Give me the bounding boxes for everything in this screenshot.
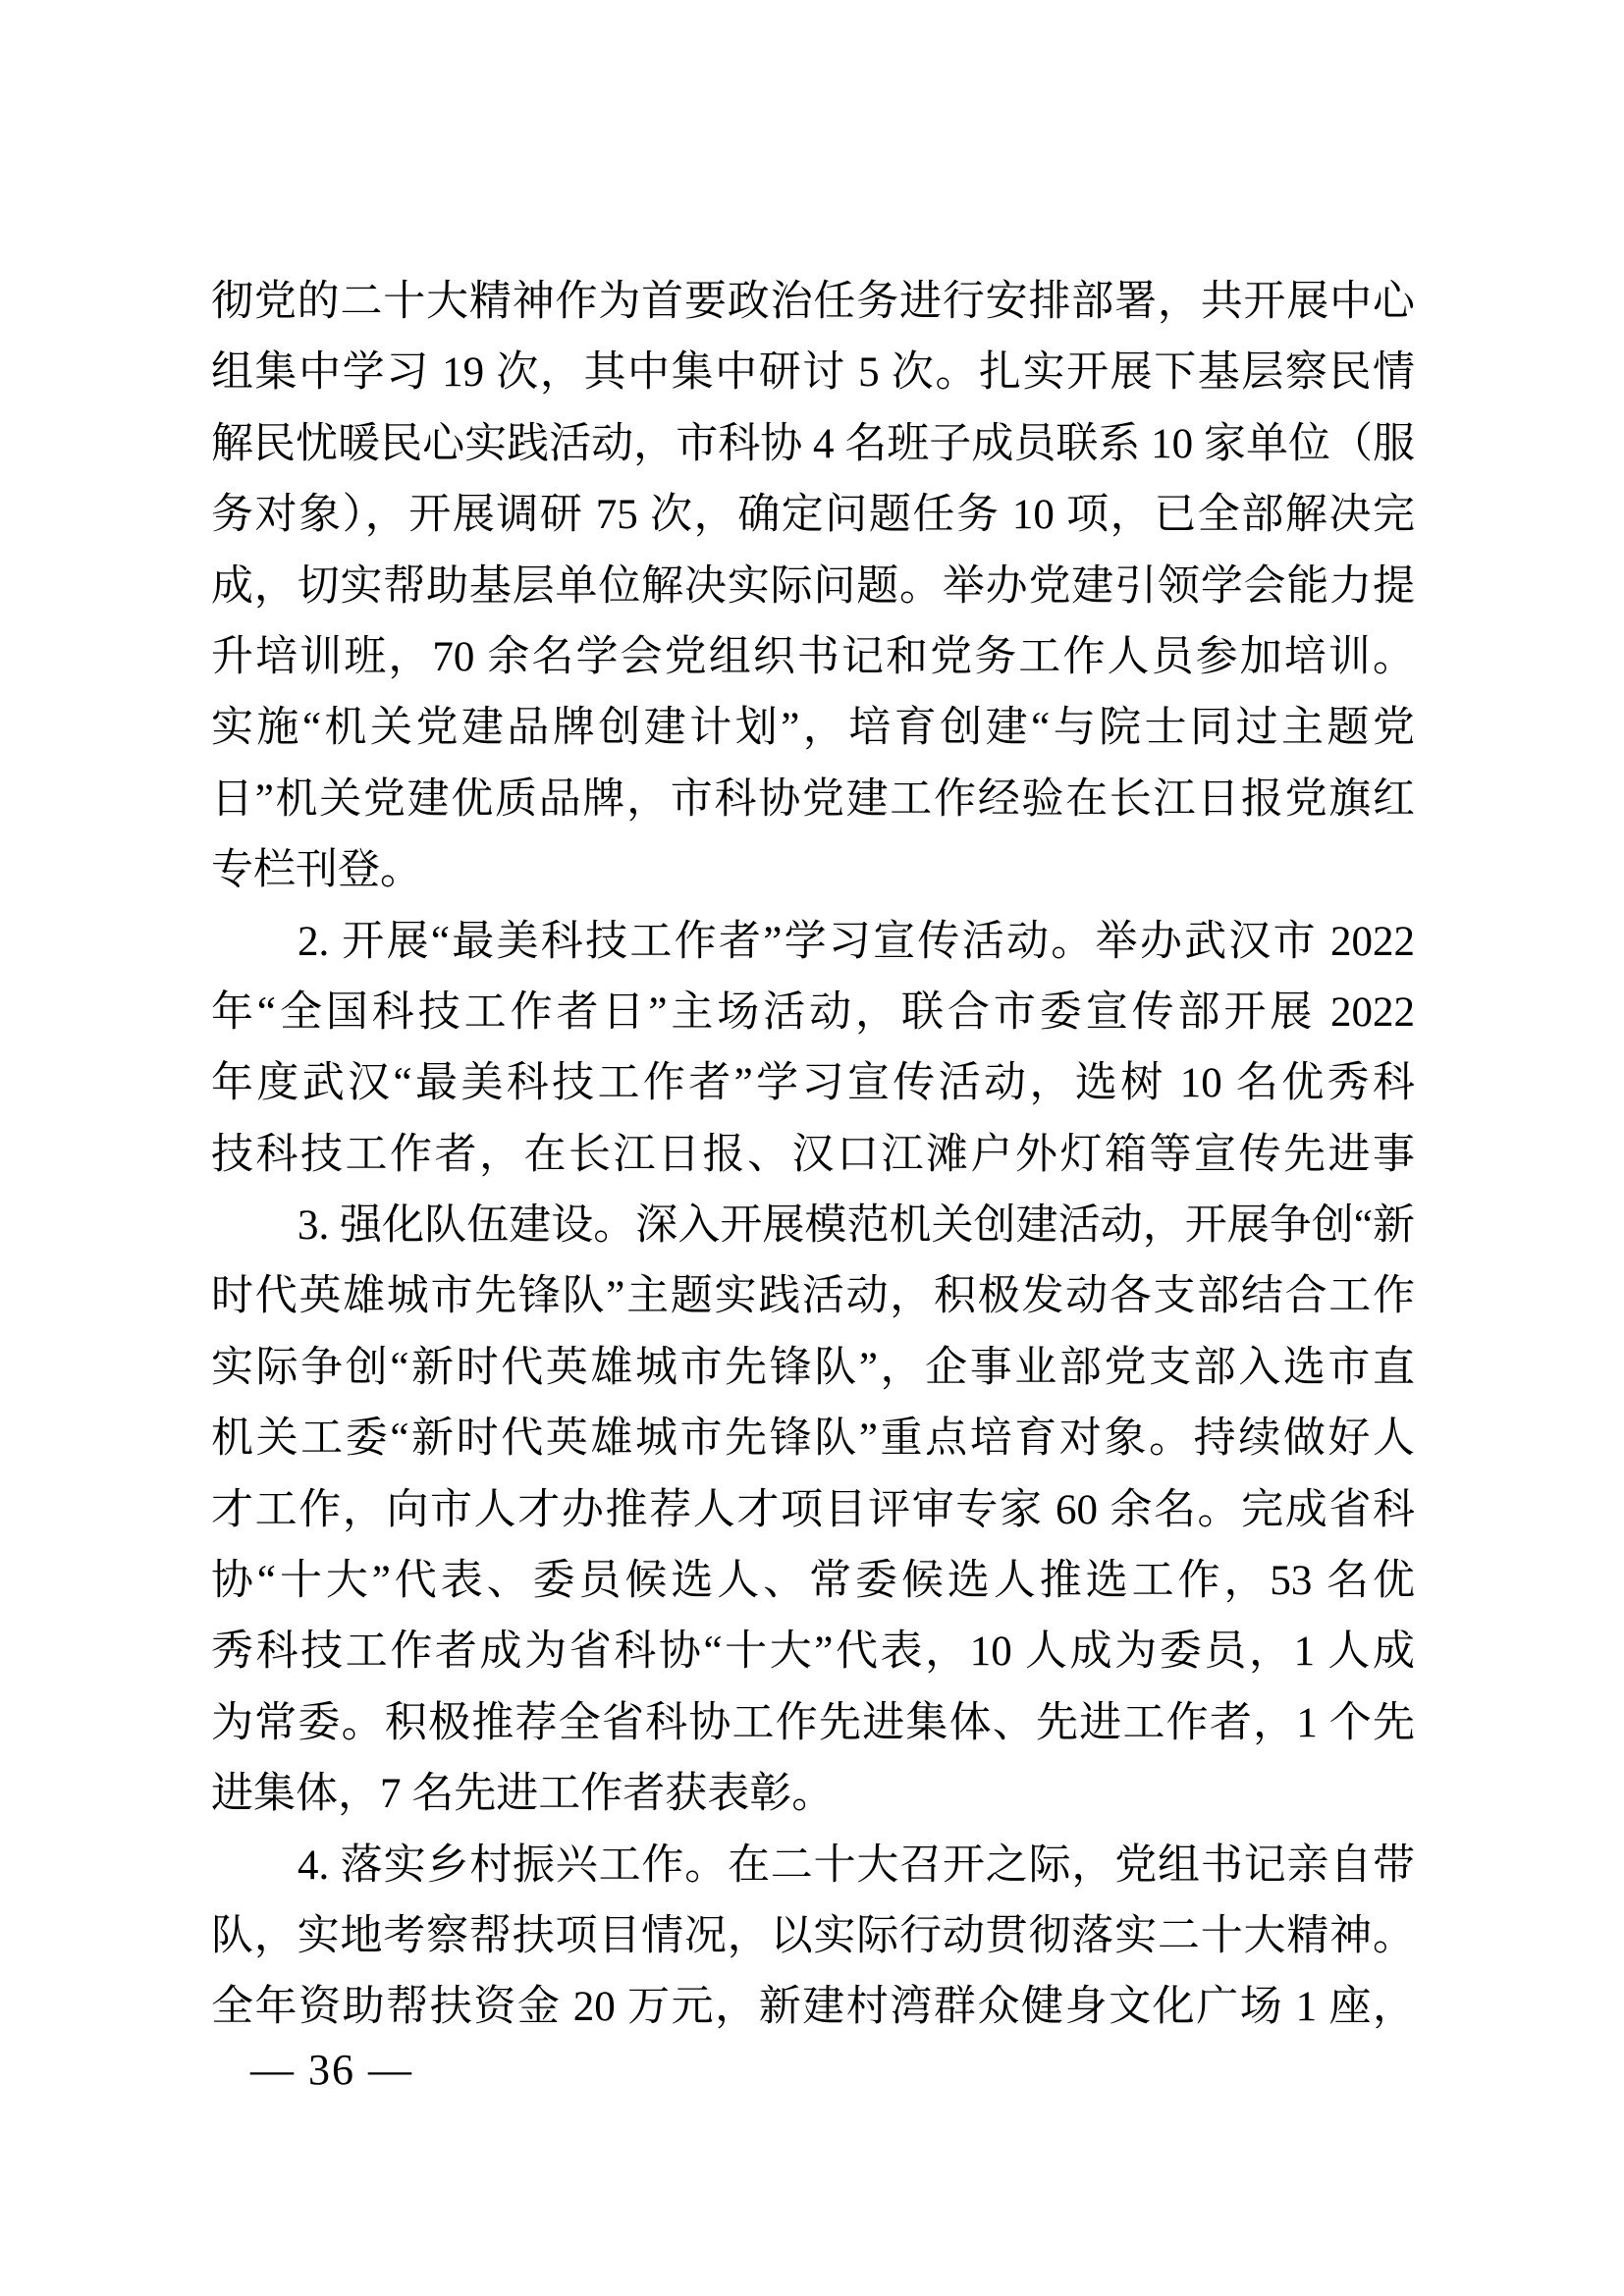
page-number: — 36 —: [250, 2045, 413, 2096]
text-line: 队，实地考察帮扶项目情况，以实际行动贯彻落实二十大精神。: [211, 1901, 1415, 1972]
text-line: 2. 开展“最美科技工作者”学习宣传活动。举办武汉市 2022: [211, 907, 1415, 978]
text-line: 日”机关党建优质品牌，市科协党建工作经验在长江日报党旗红: [211, 765, 1415, 835]
text-line: 全年资助帮扶资金 20 万元，新建村湾群众健身文化广场 1 座，: [211, 1972, 1415, 2043]
text-line: 专栏刊登。: [211, 835, 1415, 906]
text-line: 机关工委“新时代英雄城市先锋队”重点培育对象。持续做好人: [211, 1404, 1415, 1474]
text-line: 升培训班，70 余名学会党组织书记和党务工作人员参加培训。: [211, 622, 1415, 693]
text-line: 年度武汉“最美科技工作者”学习宣传活动，选树 10 名优秀科: [211, 1048, 1415, 1119]
text-line: 协“十大”代表、委员候选人、常委候选人推选工作，53 名优: [211, 1546, 1415, 1617]
text-line: 秀科技工作者成为省科协“十大”代表，10 人成为委员，1 人成: [211, 1617, 1415, 1687]
text-line: 实际争创“新时代英雄城市先锋队”，企事业部党支部入选市直: [211, 1333, 1415, 1404]
text-line: 技科技工作者，在长江日报、汉口江滩户外灯箱等宣传先进事迹。: [211, 1120, 1415, 1191]
text-line: 组集中学习 19 次，其中集中研讨 5 次。扎实开展下基层察民情: [211, 338, 1415, 408]
text-line: 实施“机关党建品牌创建计划”，培育创建“与院士同过主题党: [211, 693, 1415, 764]
body-text: 彻党的二十大精神作为首要政治任务进行安排部署，共开展中心组集中学习 19 次，其…: [211, 267, 1415, 2044]
text-line: 为常委。积极推荐全省科协工作先进集体、先进工作者，1 个先: [211, 1688, 1415, 1759]
document-page: 彻党的二十大精神作为首要政治任务进行安排部署，共开展中心组集中学习 19 次，其…: [0, 0, 1624, 2296]
text-line: 时代英雄城市先锋队”主题实践活动，积极发动各支部结合工作: [211, 1261, 1415, 1332]
text-line: 年“全国科技工作者日”主场活动，联合市委宣传部开展 2022: [211, 978, 1415, 1048]
text-line: 务对象），开展调研 75 次，确定问题任务 10 项，已全部解决完: [211, 480, 1415, 551]
text-line: 解民忧暖民心实践活动，市科协 4 名班子成员联系 10 家单位（服: [211, 409, 1415, 480]
text-line: 彻党的二十大精神作为首要政治任务进行安排部署，共开展中心: [211, 267, 1415, 338]
text-line: 4. 落实乡村振兴工作。在二十大召开之际，党组书记亲自带: [211, 1831, 1415, 1901]
text-line: 成，切实帮助基层单位解决实际问题。举办党建引领学会能力提: [211, 552, 1415, 622]
text-line: 进集体，7 名先进工作者获表彰。: [211, 1759, 1415, 1830]
text-line: 3. 强化队伍建设。深入开展模范机关创建活动，开展争创“新: [211, 1191, 1415, 1261]
text-line: 才工作，向市人才办推荐人才项目评审专家 60 余名。完成省科: [211, 1475, 1415, 1546]
